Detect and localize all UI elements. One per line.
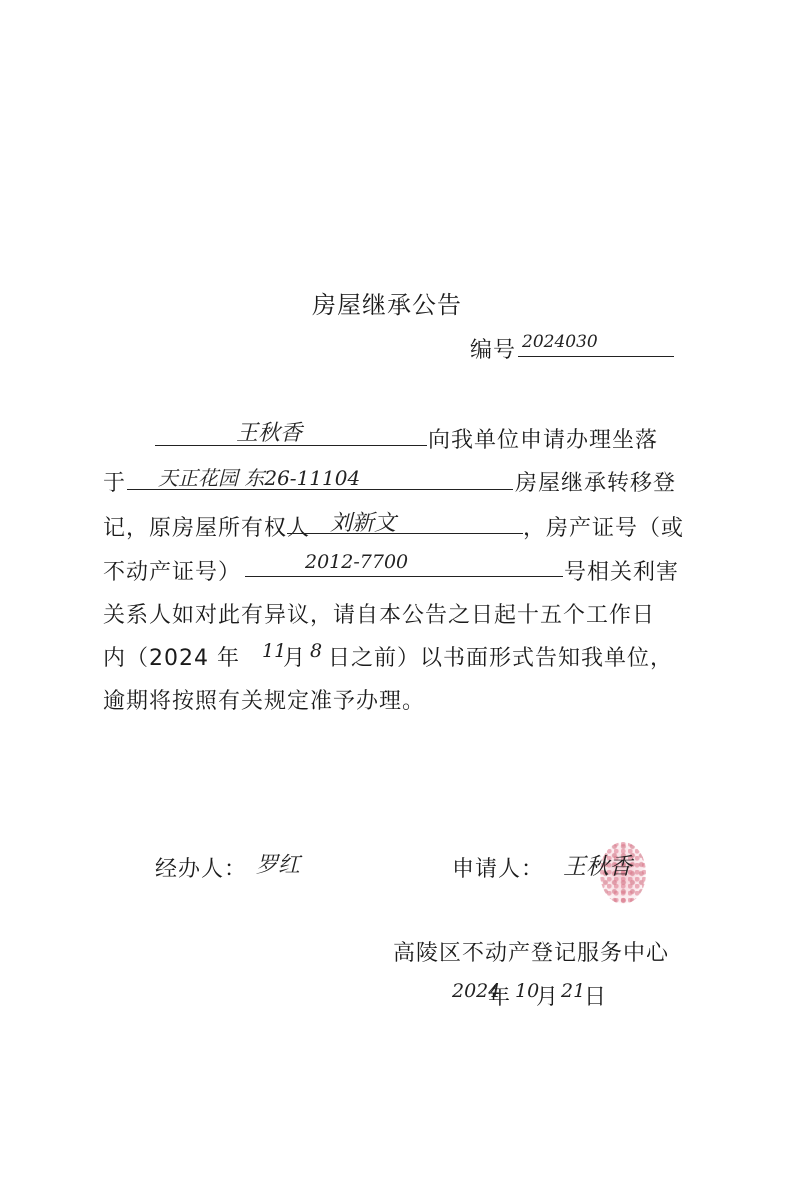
line5-text: 关系人如对此有异议，请自本公告之日起十五个工作日 xyxy=(103,598,655,629)
line7-text: 逾期将按照有关规定准予办理。 xyxy=(103,684,425,715)
line6-suffix: 日之前）以书面形式告知我单位， xyxy=(328,641,673,672)
line4-prefix: 不动产证号） xyxy=(103,555,241,586)
number-value: 2024030 xyxy=(522,332,598,352)
applicant-signature: 王秋香 xyxy=(563,848,632,881)
location-underline xyxy=(127,489,513,490)
line1-text: 向我单位申请办理坐落 xyxy=(428,423,658,454)
deadline-day: 8 xyxy=(310,640,322,662)
owner-underline xyxy=(287,533,523,534)
certificate-number-field: 2012-7700 xyxy=(305,551,408,573)
line3-text: ，房产证号（或 xyxy=(523,511,684,542)
date-day-label: 日 xyxy=(584,980,607,1011)
line3-prefix: 记，原房屋所有权人 xyxy=(103,511,310,542)
location-field: 天正花园 东26-11104 xyxy=(158,462,360,491)
certificate-underline xyxy=(245,576,563,577)
line2-prefix: 于 xyxy=(103,466,126,497)
applicant-name-field: 王秋香 xyxy=(236,416,302,447)
line2-text: 房屋继承转移登 xyxy=(515,466,676,497)
applicant-underline xyxy=(155,445,427,446)
handler-signature: 罗红 xyxy=(256,848,300,879)
applicant-label: 申请人： xyxy=(452,852,544,883)
number-underline xyxy=(518,356,674,357)
line6-prefix: 内（2024 年 xyxy=(103,641,240,672)
line4-text: 号相关利害 xyxy=(564,555,679,586)
date-month-label: 月 xyxy=(536,980,559,1011)
date-year-label: 年 xyxy=(488,980,511,1011)
document-title: 房屋继承公告 xyxy=(312,285,462,320)
handler-label: 经办人： xyxy=(155,852,247,883)
date-day: 21 xyxy=(561,980,585,1002)
number-label: 编号 xyxy=(470,333,516,364)
organization-name: 高陵区不动产登记服务中心 xyxy=(393,936,669,967)
deadline-month-label: 月 xyxy=(283,641,306,672)
